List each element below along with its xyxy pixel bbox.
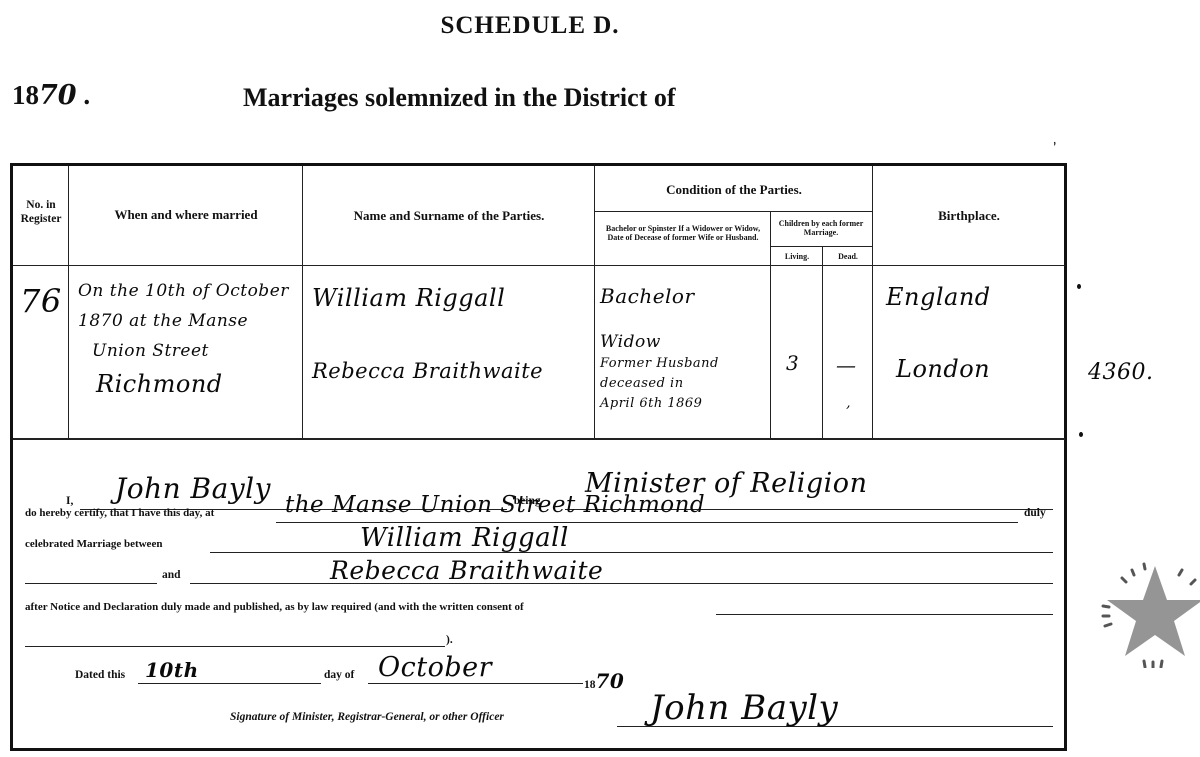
star-stamp-icon <box>1100 558 1200 668</box>
header-when-where: When and where married <box>70 207 302 222</box>
bride-rule <box>190 583 1053 584</box>
margin-reference-number: 4360. <box>1088 360 1153 385</box>
cert-line3-text: celebrated Marriage between <box>25 538 162 550</box>
children-living: 3 <box>786 350 799 377</box>
header-children: Children by each former Marriage. <box>772 219 870 237</box>
district-title: Marriages solemnized in the District of <box>243 83 676 113</box>
when-where-line: 1870 at the Manse <box>78 306 300 336</box>
bride-name: Rebecca Braithwaite <box>330 556 603 585</box>
col-divider <box>822 247 823 438</box>
dated-year-printed: 18 <box>584 679 596 691</box>
header-living: Living. <box>772 252 822 261</box>
year-handwritten: 70 <box>39 80 77 111</box>
dated-year-handwritten: 70 <box>596 669 625 693</box>
margin-dot <box>1079 432 1083 437</box>
condition-line: Former Husband <box>600 354 770 374</box>
groom-rule <box>210 552 1053 553</box>
header-bottom-divider <box>13 265 1065 266</box>
header-dead: Dead. <box>824 252 872 261</box>
dated-day: 10th <box>145 658 199 682</box>
margin-dot <box>1077 284 1081 289</box>
header-birthplace: Birthplace. <box>874 208 1064 223</box>
dated-month: October <box>378 652 492 683</box>
when-where-line: Richmond <box>78 366 300 402</box>
dated-label: Dated this <box>75 669 125 681</box>
day-of-label: day of <box>324 669 354 681</box>
cert-and-label: and <box>162 569 181 581</box>
header-bachelor-spinster: Bachelor or Spinster If a Widower or Wid… <box>598 224 768 242</box>
col-divider <box>68 166 69 438</box>
condition-line: April 6th 1869 <box>600 394 770 414</box>
signature-label: Signature of Minister, Registrar-General… <box>230 711 504 723</box>
officiant-name: John Bayly <box>115 472 271 505</box>
cert-line2-text: do hereby certify, that I have this day,… <box>25 507 214 519</box>
margin-tick-mark: ’ <box>1051 140 1061 157</box>
condition-party-1: Bachelor <box>600 283 695 310</box>
header-no-line1: No. in <box>14 198 68 212</box>
and-left-rule <box>25 583 157 584</box>
marriage-location: the Manse Union Street Richmond <box>285 492 705 518</box>
party-1-name: William Riggall <box>312 285 505 312</box>
consent-rule-2 <box>25 646 445 647</box>
children-dead-mark: ‚ <box>846 390 851 417</box>
groom-name: William Riggall <box>360 523 569 553</box>
consent-close: ). <box>446 634 453 646</box>
consent-rule <box>716 614 1053 615</box>
entry-number: 76 <box>20 288 62 315</box>
section-divider <box>13 438 1065 440</box>
condition-party-2: Widow Former Husband deceased in April 6… <box>600 330 770 414</box>
col-divider <box>302 166 303 438</box>
when-where-line: Union Street <box>78 336 300 366</box>
cert-duly-label: duly <box>1024 507 1046 519</box>
cert-notice-text: after Notice and Declaration duly made a… <box>25 601 524 613</box>
year-prefix: 18 <box>12 80 39 110</box>
row-divider <box>770 246 872 247</box>
condition-line: deceased in <box>600 374 770 394</box>
birthplace-party-2: London <box>896 356 990 383</box>
when-where-line: On the 10th of October <box>78 276 300 306</box>
cert-i-label: I, <box>66 495 73 507</box>
header-names: Name and Surname of the Parties. <box>304 208 594 223</box>
col-divider <box>594 166 595 438</box>
entry-when-where: On the 10th of October 1870 at the Manse… <box>78 276 300 402</box>
dated-day-rule <box>138 683 321 684</box>
schedule-title: SCHEDULE D. <box>0 12 1060 40</box>
header-condition: Condition of the Parties. <box>596 182 872 197</box>
dated-year: 1870 <box>584 669 624 693</box>
dated-month-rule <box>368 683 583 684</box>
row-divider <box>594 211 872 212</box>
party-2-name: Rebecca Braithwaite <box>312 358 543 385</box>
officiant-signature: John Bayly <box>650 688 838 728</box>
col-divider <box>872 166 873 438</box>
children-dead: — <box>836 352 857 379</box>
birthplace-party-1: England <box>886 284 991 311</box>
header-no-line2: Register <box>14 212 68 226</box>
condition-line: Widow <box>600 330 770 354</box>
header-no-in-register: No. in Register <box>14 198 68 226</box>
register-year: 1870 . <box>12 80 90 111</box>
year-suffix: . <box>77 80 91 110</box>
